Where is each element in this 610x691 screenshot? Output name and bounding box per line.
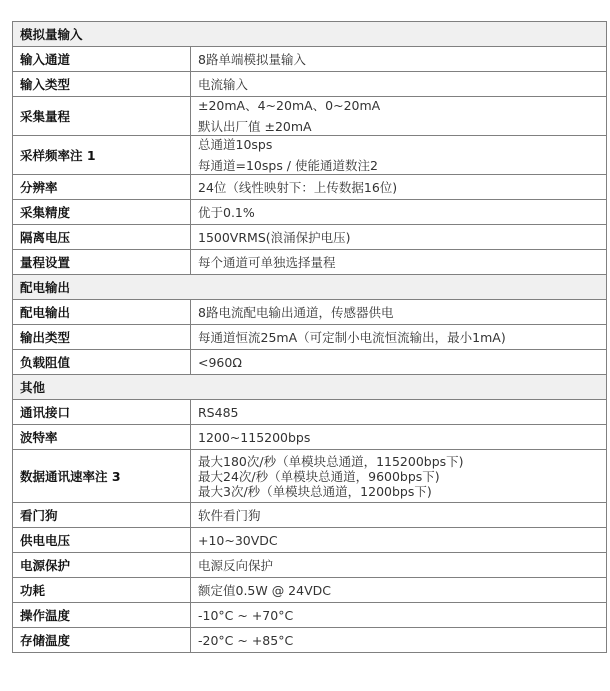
table-row: 输出类型 每通道恒流25mA（可定制小电流恒流输出，最小1mA) bbox=[13, 325, 607, 350]
spec-value: 最大180次/秒（单模块总通道，115200bps下) 最大24次/秒（单模块总… bbox=[191, 450, 607, 503]
spec-key: 通讯接口 bbox=[13, 400, 191, 425]
table-row: 波特率 1200~115200bps bbox=[13, 425, 607, 450]
table-row: 看门狗 软件看门狗 bbox=[13, 503, 607, 528]
spec-value-line: 总通道10sps bbox=[198, 136, 599, 153]
spec-value-line: ±20mA、4~20mA、0~20mA bbox=[198, 97, 599, 114]
table-row: 功耗 额定值0.5W @ 24VDC bbox=[13, 578, 607, 603]
spec-value: 1200~115200bps bbox=[191, 425, 607, 450]
spec-value-line: 最大24次/秒（单模块总通道，9600bps下) bbox=[198, 469, 599, 484]
section-header-other: 其他 bbox=[13, 375, 607, 400]
table-row: 输入类型 电流输入 bbox=[13, 72, 607, 97]
spec-key: 分辨率 bbox=[13, 175, 191, 200]
section-title: 配电输出 bbox=[13, 275, 607, 300]
table-row: 通讯接口 RS485 bbox=[13, 400, 607, 425]
spec-value: 总通道10sps 每通道=10sps / 使能通道数注2 bbox=[191, 136, 607, 175]
section-header-power-output: 配电输出 bbox=[13, 275, 607, 300]
spec-key: 输入通道 bbox=[13, 47, 191, 72]
spec-key: 输出类型 bbox=[13, 325, 191, 350]
spec-value: 电源反向保护 bbox=[191, 553, 607, 578]
spec-value: 24位（线性映射下：上传数据16位) bbox=[191, 175, 607, 200]
spec-key: 负载阻值 bbox=[13, 350, 191, 375]
table-row: 负载阻值 <960Ω bbox=[13, 350, 607, 375]
table-row: 配电输出 8路电流配电输出通道，传感器供电 bbox=[13, 300, 607, 325]
spec-value: RS485 bbox=[191, 400, 607, 425]
table-row: 隔离电压 1500VRMS(浪涌保护电压) bbox=[13, 225, 607, 250]
spec-value: 8路电流配电输出通道，传感器供电 bbox=[191, 300, 607, 325]
spec-key: 采集精度 bbox=[13, 200, 191, 225]
table-row: 分辨率 24位（线性映射下：上传数据16位) bbox=[13, 175, 607, 200]
spec-value: 每通道恒流25mA（可定制小电流恒流输出，最小1mA) bbox=[191, 325, 607, 350]
table-row: 操作温度 -10°C ~ +70°C bbox=[13, 603, 607, 628]
spec-value: 每个通道可单独选择量程 bbox=[191, 250, 607, 275]
table-row: 输入通道 8路单端模拟量输入 bbox=[13, 47, 607, 72]
spec-value: 软件看门狗 bbox=[191, 503, 607, 528]
spec-value-line: 默认出厂值 ±20mA bbox=[198, 118, 599, 135]
spec-value: 优于0.1% bbox=[191, 200, 607, 225]
spec-value-line: 每通道=10sps / 使能通道数注2 bbox=[198, 157, 599, 174]
section-header-analog-input: 模拟量输入 bbox=[13, 22, 607, 47]
spec-value: +10~30VDC bbox=[191, 528, 607, 553]
table-row: 存储温度 -20°C ~ +85°C bbox=[13, 628, 607, 653]
spec-value: 额定值0.5W @ 24VDC bbox=[191, 578, 607, 603]
table-row: 量程设置 每个通道可单独选择量程 bbox=[13, 250, 607, 275]
table-row: 采集精度 优于0.1% bbox=[13, 200, 607, 225]
spec-key: 存储温度 bbox=[13, 628, 191, 653]
spec-key: 看门狗 bbox=[13, 503, 191, 528]
spec-value-line: 最大3次/秒（单模块总通道，1200bps下) bbox=[198, 484, 599, 499]
spec-key: 电源保护 bbox=[13, 553, 191, 578]
spec-value: ±20mA、4~20mA、0~20mA 默认出厂值 ±20mA bbox=[191, 97, 607, 136]
section-title: 模拟量输入 bbox=[13, 22, 607, 47]
spec-value: <960Ω bbox=[191, 350, 607, 375]
spec-key: 配电输出 bbox=[13, 300, 191, 325]
section-title: 其他 bbox=[13, 375, 607, 400]
spec-value: -10°C ~ +70°C bbox=[191, 603, 607, 628]
spec-key: 供电电压 bbox=[13, 528, 191, 553]
spec-value: -20°C ~ +85°C bbox=[191, 628, 607, 653]
spec-key: 采集量程 bbox=[13, 97, 191, 136]
table-row: 供电电压 +10~30VDC bbox=[13, 528, 607, 553]
spec-value: 1500VRMS(浪涌保护电压) bbox=[191, 225, 607, 250]
spec-value: 电流输入 bbox=[191, 72, 607, 97]
spec-key: 输入类型 bbox=[13, 72, 191, 97]
spec-key: 波特率 bbox=[13, 425, 191, 450]
spec-table: 模拟量输入 输入通道 8路单端模拟量输入 输入类型 电流输入 采集量程 ±20m… bbox=[12, 21, 607, 653]
spec-key: 隔离电压 bbox=[13, 225, 191, 250]
spec-key: 数据通讯速率注 3 bbox=[13, 450, 191, 503]
spec-key: 采样频率注 1 bbox=[13, 136, 191, 175]
spec-key: 量程设置 bbox=[13, 250, 191, 275]
spec-key: 操作温度 bbox=[13, 603, 191, 628]
table-row: 数据通讯速率注 3 最大180次/秒（单模块总通道，115200bps下) 最大… bbox=[13, 450, 607, 503]
table-row: 采集量程 ±20mA、4~20mA、0~20mA 默认出厂值 ±20mA bbox=[13, 97, 607, 136]
spec-value-line: 最大180次/秒（单模块总通道，115200bps下) bbox=[198, 454, 599, 469]
table-row: 采样频率注 1 总通道10sps 每通道=10sps / 使能通道数注2 bbox=[13, 136, 607, 175]
spec-value: 8路单端模拟量输入 bbox=[191, 47, 607, 72]
spec-key: 功耗 bbox=[13, 578, 191, 603]
table-row: 电源保护 电源反向保护 bbox=[13, 553, 607, 578]
